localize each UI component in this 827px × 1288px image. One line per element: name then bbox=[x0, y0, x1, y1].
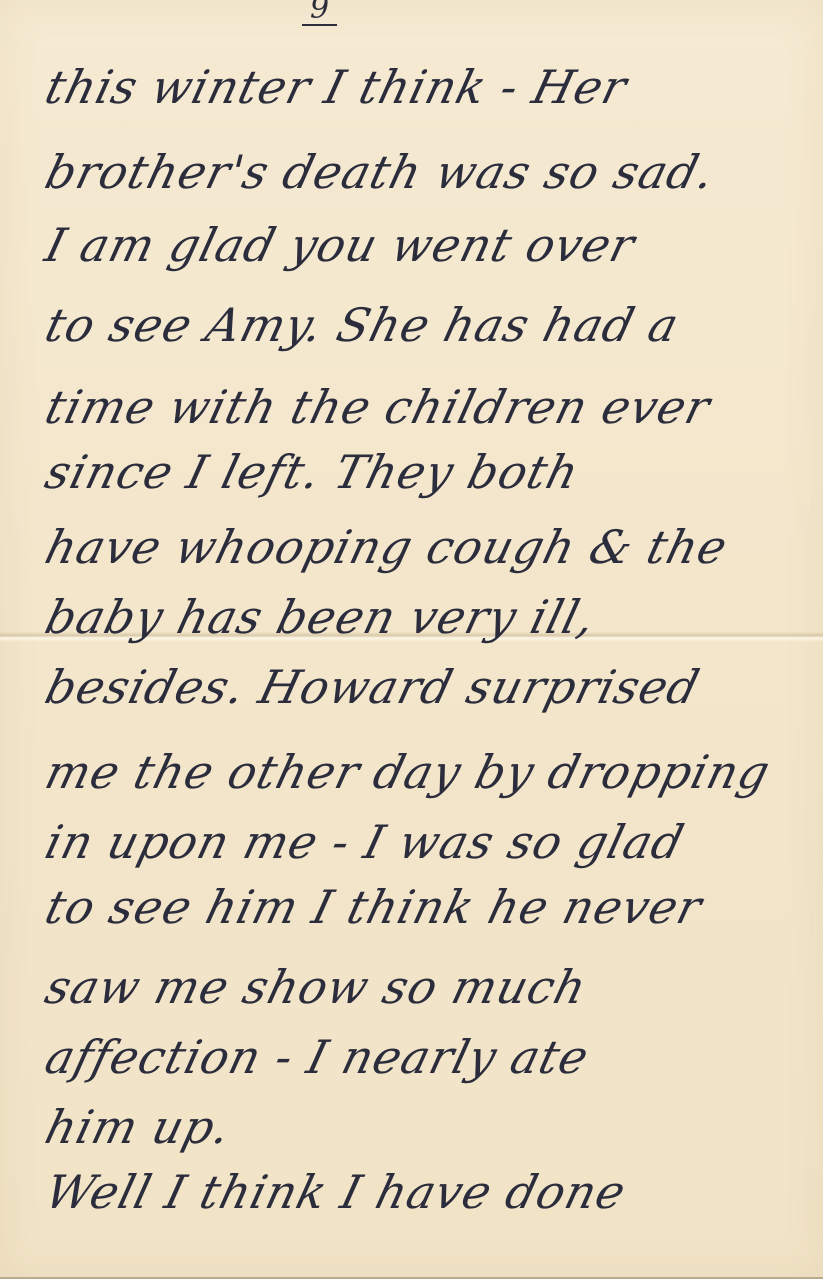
text-line: to see Amy. She has had a bbox=[40, 298, 685, 352]
text-line: baby has been very ill, bbox=[40, 590, 601, 644]
text-line: me the other day by dropping bbox=[40, 745, 776, 799]
text-line: in upon me - I was so glad bbox=[40, 815, 690, 869]
text-line: since I left. They both bbox=[40, 445, 585, 499]
text-line: have whooping cough & the bbox=[40, 520, 733, 574]
text-line: to see him I think he never bbox=[40, 880, 708, 934]
text-line: besides. Howard surprised bbox=[40, 660, 705, 714]
text-line: Well I think I have done bbox=[40, 1165, 632, 1219]
text-line: this winter I think - Her bbox=[40, 60, 633, 114]
paper-bottom-edge bbox=[0, 1277, 823, 1279]
text-line: him up. bbox=[40, 1100, 237, 1154]
text-line: affection - I nearly ate bbox=[40, 1030, 595, 1084]
text-line: saw me show so much bbox=[40, 960, 592, 1014]
text-line: brother's death was so sad. bbox=[40, 145, 721, 199]
text-line: time with the children ever bbox=[40, 380, 716, 434]
page-number: 9 bbox=[302, 0, 337, 26]
letter-page: 9 this winter I think - Her brother's de… bbox=[0, 0, 823, 1279]
text-line: I am glad you went over bbox=[40, 218, 641, 272]
